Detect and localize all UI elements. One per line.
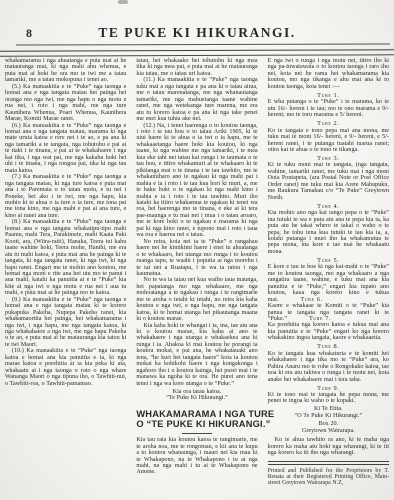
paragraph-continuation: tatau, hei whakaako hei tohutohu ki nga … xyxy=(136,58,257,77)
clause-6: (6.) Ka manaakitia e te “Puke” nga taong… xyxy=(5,123,126,175)
rule-3-text: Ki te tuku moni mai te tangata, (nga tan… xyxy=(268,162,389,201)
editor-address-block: Ki Te Etita. “O Te Puke Ki Hikurangi.” B… xyxy=(268,406,389,435)
newspaper-masthead-title: TE PUKE KI HIKURANGI. xyxy=(0,25,394,41)
rule-heading-1: Ture 1. xyxy=(268,92,389,99)
rule-heading-7-inline: Ture 7. xyxy=(287,316,331,322)
clause-11: (11.) Ka manaakitia e te “Puke” nga taon… xyxy=(136,77,257,122)
clause-12: (12.) Na, i tenei haerenga o to koutou t… xyxy=(136,123,257,239)
section-heading-line-2: O “TE PUKE KI HIKURANGI.” xyxy=(136,419,257,430)
rule-4-text: Kia mohio ano nga kai tango pepa o te “P… xyxy=(268,210,389,255)
paragraph: No te wa ia tatau nei kua waiho taua mau… xyxy=(136,277,257,322)
rule-heading-9: Ture 9. xyxy=(268,385,389,392)
address-line: Greytown Wairarapa. xyxy=(268,428,389,434)
rule-heading-2: Ture 2. xyxy=(268,120,389,127)
column-3: E nga iwi o runga i nga motu nei, titiro… xyxy=(268,58,389,487)
address-line: “O Te Puke Ki Hikurangi.” xyxy=(268,413,389,419)
rule-8-text: Ko te tangata kua whakaturia e te komiti… xyxy=(268,351,389,383)
clause-7: (7.) Ka manaakitia e te “Puke” nga taong… xyxy=(5,174,126,219)
rule-heading-8: Ture 8. xyxy=(268,343,389,350)
clause-8: (8.) Ka manaakitia e te “Puke” nga taong… xyxy=(5,219,126,296)
rule-9-text: Ki te tono mai te tangata he pepa mona, … xyxy=(268,392,389,405)
rule-5-text: E kore e tau te hoe ki nga kai-mahi o te… xyxy=(268,264,389,303)
printer-imprint: Printed and Published for the Proprietor… xyxy=(268,468,389,487)
imprint-divider xyxy=(268,461,389,466)
paragraph: Ko te ahua tawhito ra ano, ki te maha ng… xyxy=(268,437,389,456)
paragraph: No reira, koia nei ta te “Puke” e rangah… xyxy=(136,239,257,278)
clause-9: (9.) Ka manaakitia e te “Puke” nga taong… xyxy=(5,297,126,349)
address-line: Ki Te Etita. xyxy=(268,406,389,412)
section-heading-line-1: WHAKAMARAMA I NGA TURE xyxy=(136,409,257,420)
header-rule-thin xyxy=(16,44,390,46)
short-divider xyxy=(182,433,212,434)
clause-5: (5.) Ka manaakitia e te “Puke” nga taong… xyxy=(5,84,126,123)
rules-intro-paragraph: E nga iwi o runga i nga motu nei, titiro… xyxy=(268,58,389,90)
paragraph: Kia kaha hoki te whangai i ia, ina, tae … xyxy=(136,323,257,388)
text-columns: whakamarama i nga ahuatanga e puta mai a… xyxy=(5,58,389,487)
rule-2-text: Ko te tangata e tono pepa mai ana mona, … xyxy=(268,128,389,154)
paragraph: Kia tau raia kia koutou katoa te rangima… xyxy=(136,437,257,476)
rule-1-text: E wha putanga o te “Puke” i te marama, k… xyxy=(268,99,389,118)
rule-heading-5: Ture 5. xyxy=(268,257,389,264)
rule-7-text: Ka porehitia nga korero katoa e tukua ma… xyxy=(268,322,389,341)
scan-ink-smudge xyxy=(118,0,128,4)
signoff-line: “Te Puke Ki Hikurangi.” xyxy=(136,395,257,401)
header-rule-double xyxy=(0,49,394,56)
section-heading: WHAKAMARAMA I NGA TURE O “TE PUKE KI HIK… xyxy=(136,409,257,430)
address-line: Box 20. xyxy=(268,421,389,427)
newspaper-page-scan: { "page": { "number": "8", "title": "TE … xyxy=(0,0,394,500)
clause-10: (10.) Ka manaakitia e te “Puke” nga taon… xyxy=(5,348,126,387)
rule-heading-6-inline: Ture 6. xyxy=(278,297,322,303)
rule-heading-3: Ture 3. xyxy=(268,155,389,162)
rule-6-text: Kaore e whakaae te Komiti o te “Puke” ki… xyxy=(268,303,389,322)
column-1: whakamarama i nga ahuatanga e puta mai a… xyxy=(5,58,126,487)
column-2: tatau, hei whakaako hei tohutohu ki nga … xyxy=(136,58,257,487)
paragraph-continuation: whakamarama i nga ahuatanga e puta mai a… xyxy=(5,58,126,84)
rule-heading-4: Ture 4. xyxy=(268,203,389,210)
